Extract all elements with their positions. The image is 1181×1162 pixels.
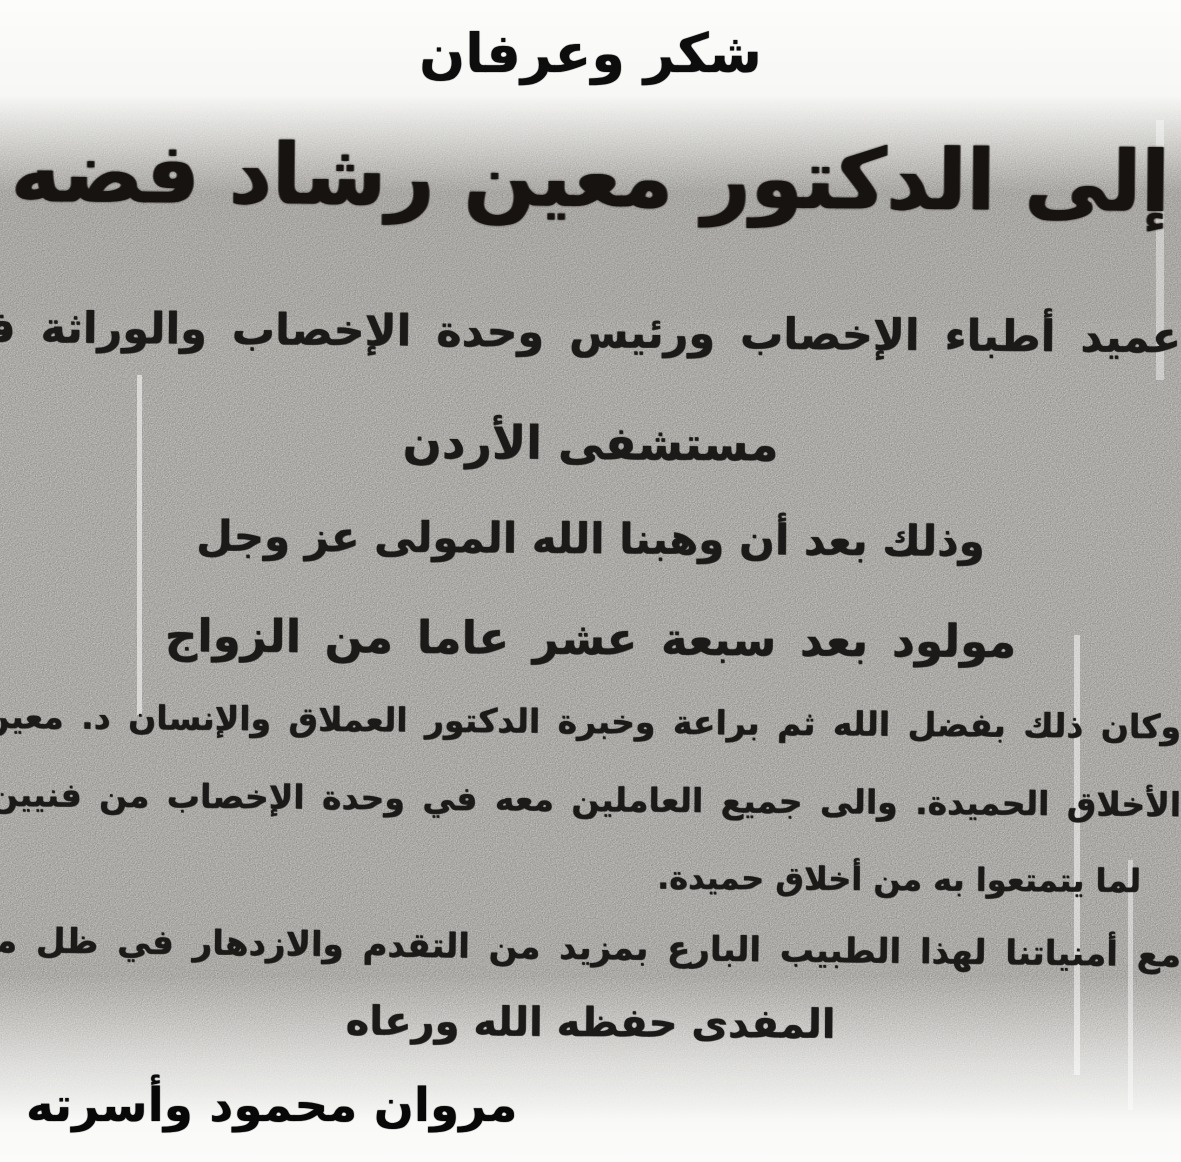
wishes-line-1: مع أمنياتنا لهذا الطبيب البارع بمزيد من … (0, 921, 1181, 975)
body-line-1: وكان ذلك بفضل الله ثم براعة وخبرة الدكتو… (0, 697, 1181, 746)
main-headline: إلى الدكتور معين رشاد فضه (0, 123, 1181, 231)
body-line-2: الأخلاق الحميدة. والى جميع العاملين معه … (0, 775, 1181, 824)
wishes-line-2: المفدى حفظه الله ورعاه (0, 996, 1181, 1050)
doctor-role-line: عميد أطباء الإخصاب ورئيس وحدة الإخصاب وا… (0, 303, 1181, 363)
scanned-gratitude-announcement: شكر وعرفان إلى الدكتور معين رشاد فضه عمي… (0, 0, 1181, 1162)
body-line-3: لما يتمتعوا به من أخلاق حميدة. (0, 854, 1181, 900)
newborn-line: مولود بعد سبعة عشر عاما من الزواج (0, 608, 1181, 669)
blessing-line: وذلك بعد أن وهبنا الله المولى عز وجل (0, 510, 1181, 567)
kicker-title: شكر وعرفان (0, 22, 1181, 85)
signature: مروان محمود وأسرته (26, 1078, 518, 1133)
hospital-name-line: مستشفى الأردن (0, 412, 1181, 474)
